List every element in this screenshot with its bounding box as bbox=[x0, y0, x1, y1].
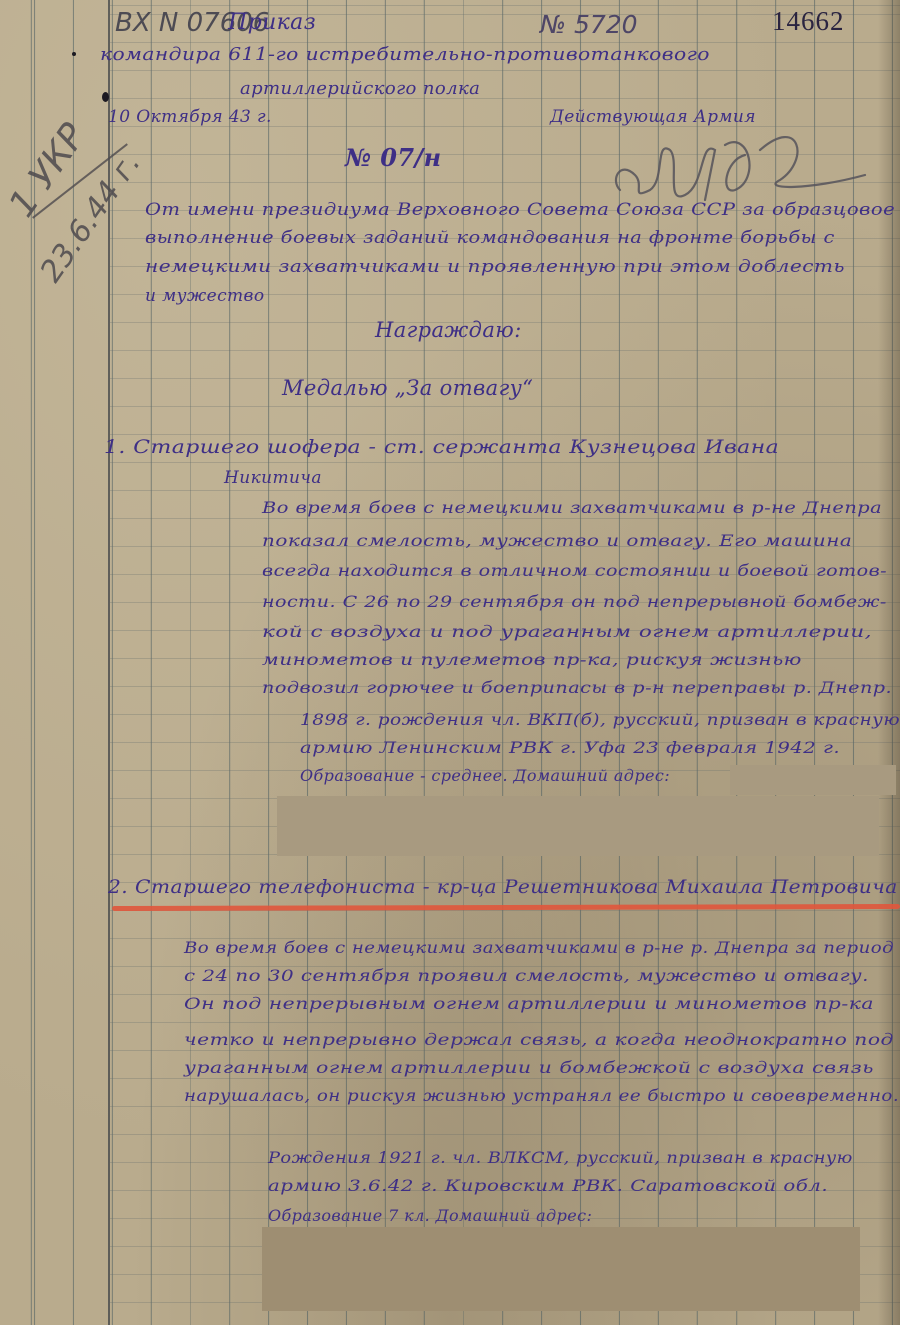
order-number: № 07/н bbox=[345, 143, 442, 172]
red-pencil-underline bbox=[112, 904, 900, 911]
preamble-line-3: немецкими захватчиками и проявленную при… bbox=[145, 257, 845, 277]
medal-name: Медалью „За отвагу“ bbox=[282, 376, 533, 400]
commander-line: командира 611-го истребительно-противота… bbox=[100, 44, 710, 65]
awardee-1-citation-4: ности. С 26 по 29 сентября он под непрер… bbox=[262, 592, 887, 611]
register-number: № 5720 bbox=[540, 10, 638, 39]
awardee-2-bio-3: Образование 7 кл. Домашний адрес: bbox=[268, 1206, 592, 1225]
awardee-1-title: 1. Старшего шофера - ст. сержанта Кузнец… bbox=[104, 436, 779, 458]
redacted-address-1b bbox=[277, 796, 879, 856]
archive-number: 14662 bbox=[772, 6, 845, 37]
order-date: 10 Октября 43 г. bbox=[108, 107, 272, 127]
awardee-1-citation-7: подвозил горючее и боеприпасы в р-н пере… bbox=[262, 678, 892, 697]
awardee-2-citation-1: Во время боев с немецкими захватчиками в… bbox=[184, 938, 894, 957]
redacted-address-1a bbox=[730, 765, 896, 795]
scanned-document-page: 14662 ВХ N 07606 Приказ № 5720 командира… bbox=[0, 0, 900, 1325]
awardee-1-citation-2: показал смелость, мужество и отвагу. Его… bbox=[262, 531, 852, 550]
punch-hole bbox=[102, 92, 109, 102]
signature-scribble: подпись bbox=[610, 120, 870, 210]
awardee-1-bio-1: 1898 г. рождения чл. ВКП(б), русский, пр… bbox=[300, 710, 900, 729]
regiment-line: артиллерийского полка bbox=[240, 78, 480, 99]
redacted-address-2 bbox=[262, 1227, 860, 1311]
preamble-line-2: выполнение боевых заданий командования н… bbox=[145, 228, 835, 248]
awardee-2-citation-3: Он под непрерывным огнем артиллерии и ми… bbox=[184, 994, 874, 1013]
award-heading: Награждаю: bbox=[375, 318, 522, 342]
awardee-1-citation-3: всегда находится в отличном состоянии и … bbox=[262, 561, 887, 580]
awardee-1-citation-6: минометов и пулеметов пр-ка, рискуя жизн… bbox=[262, 650, 802, 669]
awardee-2-title: 2. Старшего телефониста - кр-ца Решетник… bbox=[108, 876, 898, 898]
awardee-2-citation-2: с 24 по 30 сентября проявил смелость, му… bbox=[184, 966, 869, 985]
preamble-line-1: От имени президиума Верховного Совета Со… bbox=[145, 200, 895, 220]
awardee-2-bio-2: армию 3.6.42 г. Кировским РВК. Саратовск… bbox=[268, 1176, 828, 1195]
page-edge-shadow bbox=[878, 0, 900, 1325]
awardee-2-citation-5: ураганным огнем артиллерии и бомбежкой с… bbox=[184, 1058, 874, 1077]
preamble-line-4: и мужество bbox=[145, 286, 264, 306]
awardee-2-citation-4: четко и непрерывно держал связь, а когда… bbox=[184, 1030, 894, 1049]
awardee-1-bio-2: армию Ленинским РВК г. Уфа 23 февраля 19… bbox=[300, 738, 840, 757]
awardee-1-patronymic: Никитича bbox=[224, 468, 322, 488]
awardee-2-bio-1: Рождения 1921 г. чл. ВЛКСМ, русский, при… bbox=[268, 1148, 853, 1167]
order-title: Приказ bbox=[228, 10, 316, 35]
awardee-2-citation-6: нарушалась, он рискуя жизнью устранял ее… bbox=[184, 1086, 899, 1105]
ink-spot bbox=[72, 52, 76, 56]
awardee-1-bio-3: Образование - среднее. Домашний адрес: bbox=[300, 766, 670, 785]
awardee-1-citation-1: Во время боев с немецкими захватчиками в… bbox=[262, 498, 882, 517]
awardee-1-citation-5: кой с воздуха и под ураганным огнем арти… bbox=[262, 622, 872, 641]
